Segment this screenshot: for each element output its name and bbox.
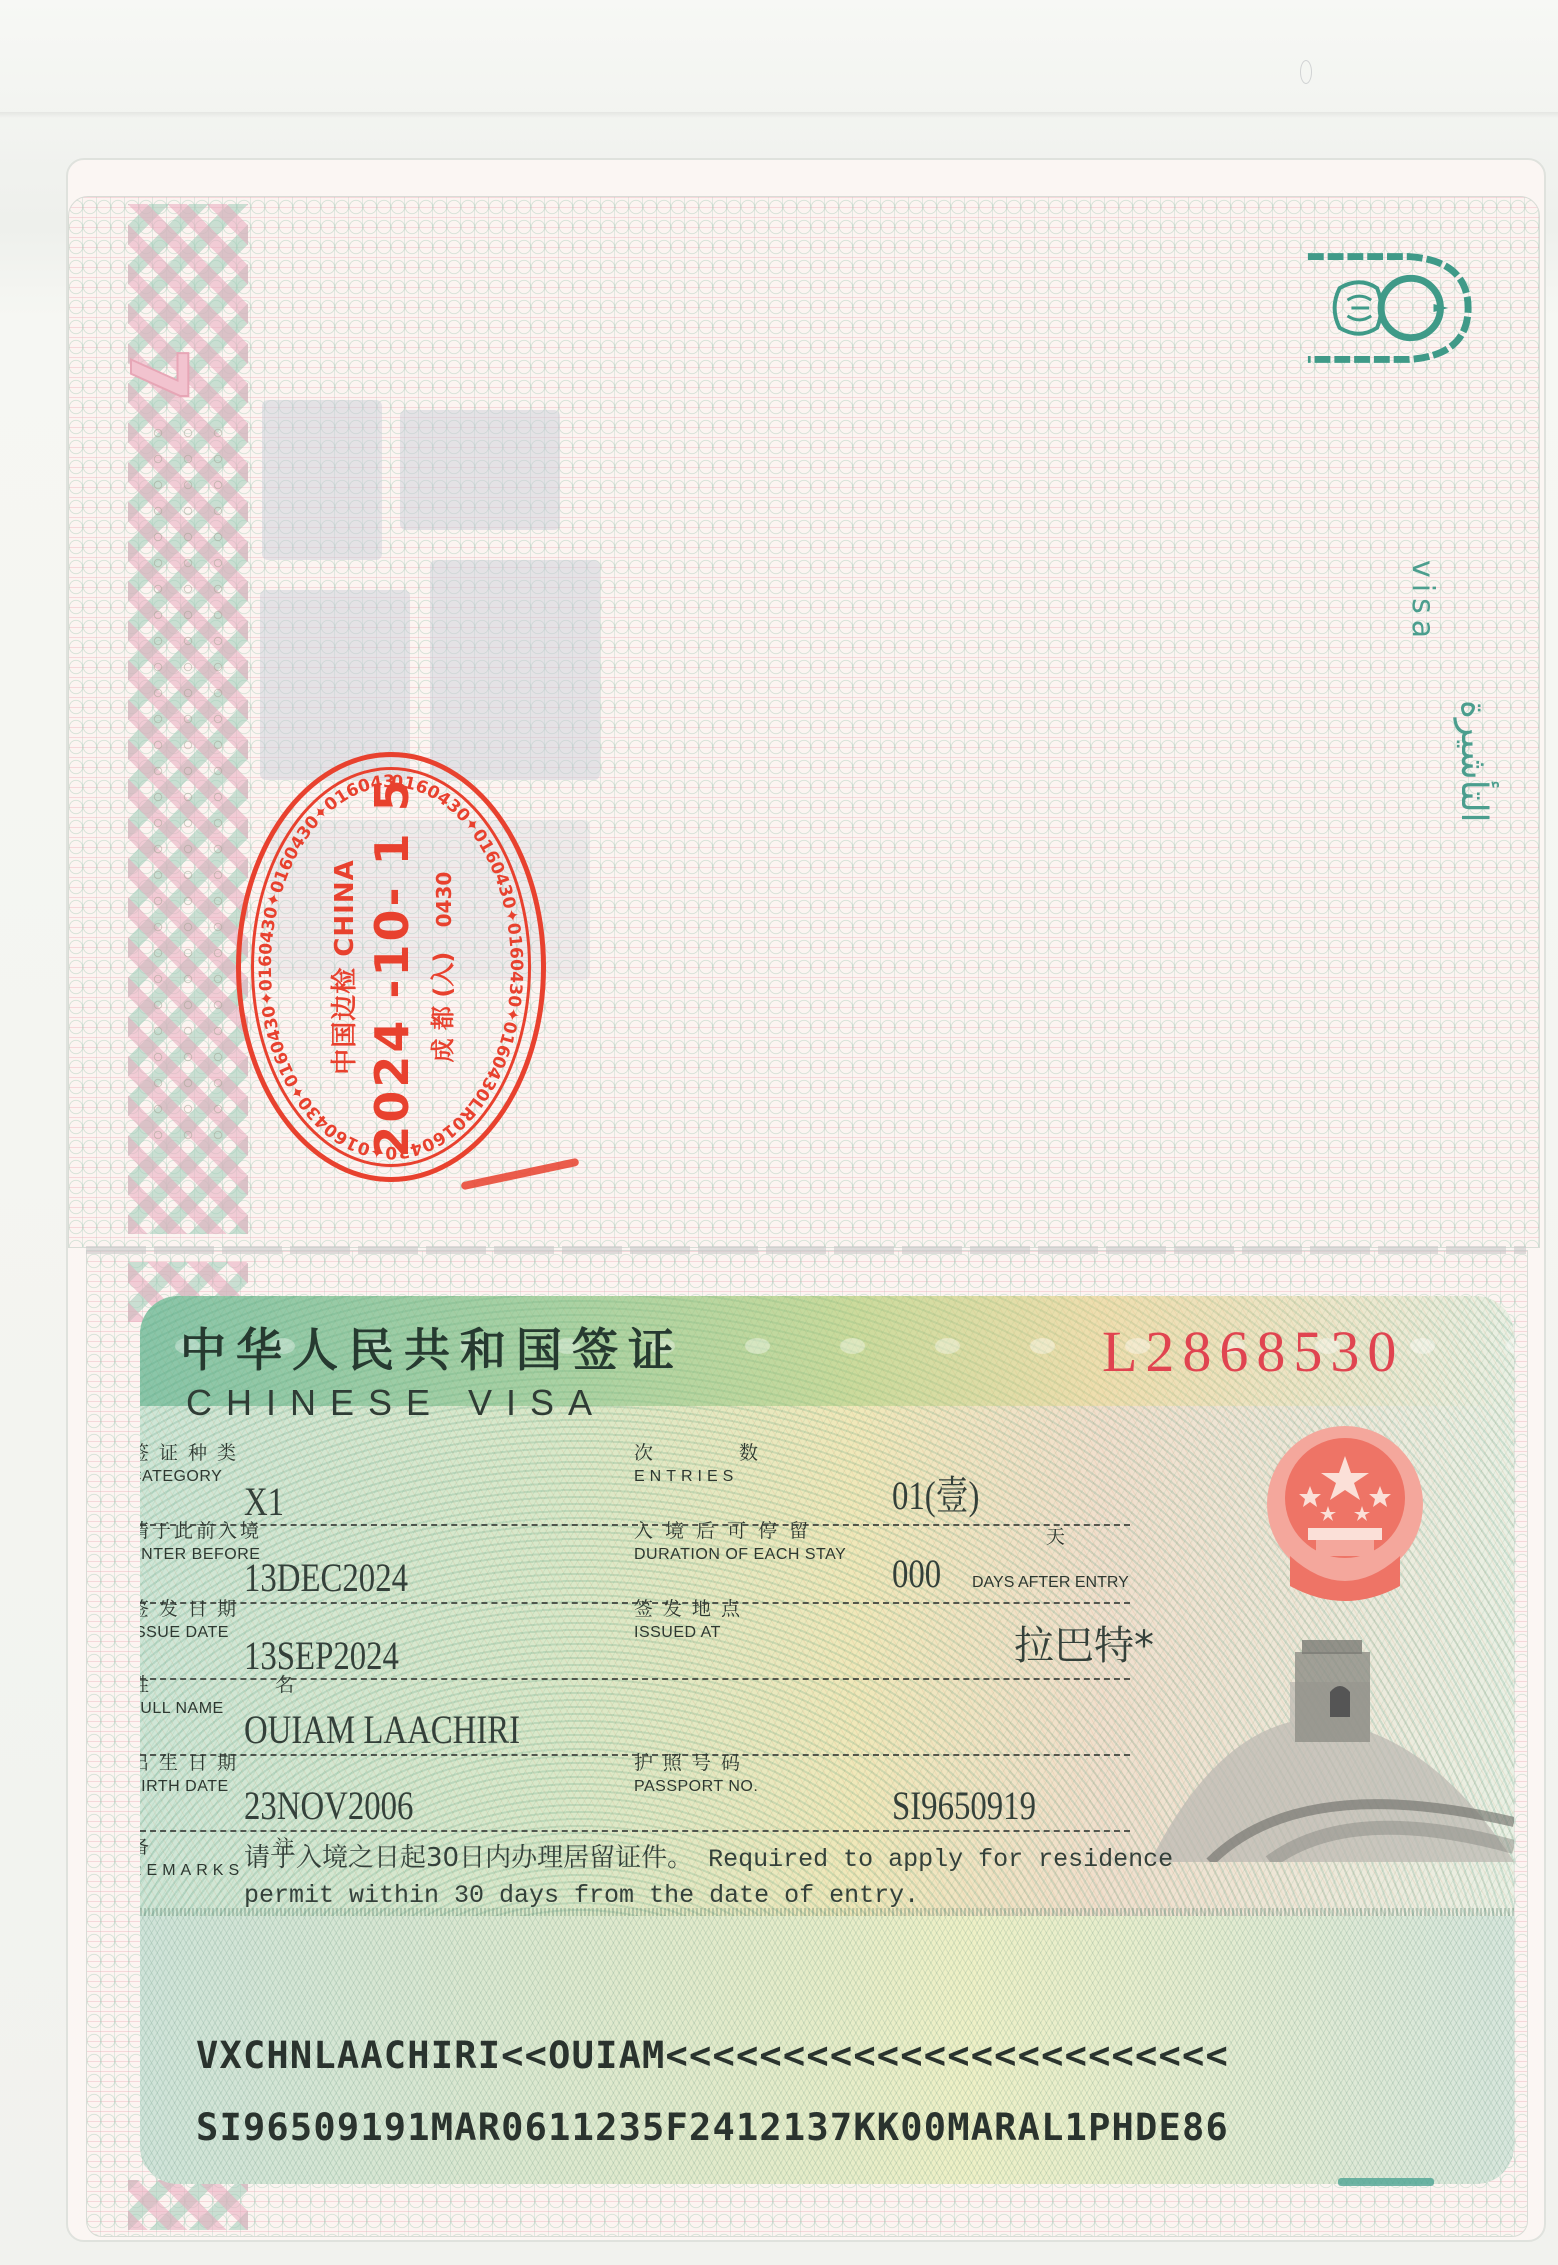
stamp-center: 中国边检 CHINA 2024 -10- 1 5 成 都 (入) 0430 [324, 776, 458, 1157]
entry-stamp: 0160430✦0160430✦0160430✦0160430LR0160430… [236, 752, 546, 1182]
stamp-country: 中国边检 CHINA [324, 776, 361, 1157]
issue-date-label: 签发日期 ISSUE DATE [140, 1600, 246, 1641]
birth-date-value: 23NOV2006 [244, 1786, 413, 1826]
issued-at-label: 签发地点 ISSUED AT [634, 1600, 750, 1641]
passport-no-value: SI9650919 [892, 1786, 1036, 1826]
duration-label: 入境后可停留 DURATION OF EACH STAY [634, 1522, 846, 1563]
field-divider [140, 1830, 1130, 1832]
remarks-en-line2: permit within 30 days from the date of e… [244, 1881, 919, 1910]
passport-no-label: 护照号码 PASSPORT NO. [634, 1754, 758, 1795]
duration-unit-cn: 天 [1046, 1522, 1065, 1549]
page-number: 7 [112, 348, 202, 402]
great-wall-illustration [1150, 1622, 1514, 1862]
issue-date-value: 13SEP2024 [244, 1636, 399, 1676]
morocco-emblem-icon [1300, 248, 1478, 368]
remarks-cn: 请于入境之日起30日内办理居留证件。 [244, 1843, 693, 1873]
entries-value: 01(壹) [892, 1476, 979, 1516]
scanner-dust-mark [1300, 60, 1312, 84]
enter-before-value: 13DEC2024 [244, 1558, 408, 1598]
stamp-port: 成 都 (入) 0430 [423, 776, 458, 1157]
chinese-visa-sticker: 中华人民共和国签证 CHINESE VISA L2868530 签证种类 [140, 1296, 1514, 2184]
category-value: X1 [244, 1482, 284, 1522]
perforation-dots [143, 420, 233, 1140]
duration-unit-en: DAYS AFTER ENTRY [972, 1574, 1129, 1592]
mrz-line-2: SI96509191MAR0611235F2412137KK00MARAL1PH… [196, 2106, 1229, 2149]
stamp-date: 2024 -10- 1 5 [365, 776, 419, 1157]
microtext-strip [140, 1908, 1514, 1916]
visa-title-chinese: 中华人民共和国签证 [180, 1314, 684, 1380]
visa-label-latin: visa [1405, 560, 1440, 644]
scanner-lid-edge [0, 112, 1558, 118]
entries-label: 次 数 ENTRIES [634, 1444, 798, 1485]
category-label: 签证种类 CATEGORY [140, 1444, 246, 1485]
decorative-side-ribbon-footer [128, 2180, 248, 2230]
stamp-code: 0430 [432, 872, 456, 928]
remarks-en-line1: Required to apply for residence [708, 1845, 1173, 1874]
duration-value: 000 [892, 1554, 941, 1594]
mrz-line-1: VXCHNLAACHIRI<<OUIAM<<<<<<<<<<<<<<<<<<<<… [196, 2034, 1229, 2077]
booklet-stitch-line [86, 1246, 1526, 1254]
full-name-value: OUIAM LAACHIRI [244, 1710, 520, 1750]
visa-title-english: CHINESE VISA [186, 1382, 606, 1424]
issued-at-value: 拉巴特* [1014, 1626, 1154, 1666]
national-emblem-icon [1250, 1416, 1440, 1606]
visa-number: L2868530 [1102, 1318, 1404, 1385]
visa-label-arabic: التأشيرة [1453, 700, 1494, 823]
stamp-port-name: 成 都 (入) [429, 952, 457, 1063]
remarks-value: 请于入境之日起30日内办理居留证件。 Required to apply for… [244, 1840, 1444, 1914]
page-accent-bar [1338, 2178, 1434, 2186]
birth-date-label: 出生日期 BIRTH DATE [140, 1754, 246, 1795]
